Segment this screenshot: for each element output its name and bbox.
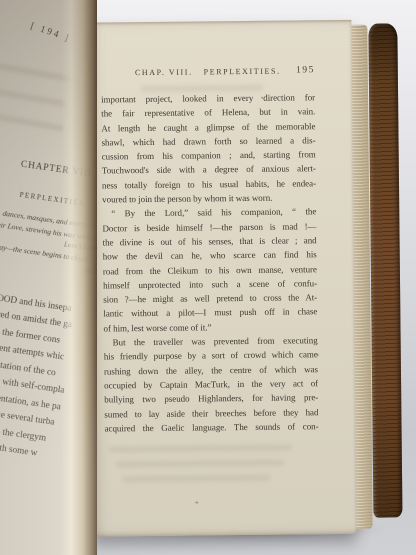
text-line: acquired the Gaelic language. The sounds… [104,419,318,436]
show-through-smudge [0,89,66,107]
text-column: CHAP. VIII. PERPLEXITIES. 195 important … [101,66,319,435]
paper-speck [195,501,198,503]
show-through-smudge [122,475,270,483]
left-page-number: [ 194 ] [30,21,72,44]
photo-backdrop: CHAP. VIII. PERPLEXITIES. 195 important … [0,0,416,555]
running-header-chapter: CHAP. VIII. [135,68,193,78]
running-header-title: PERPLEXITIES. [204,67,281,77]
show-through-smudge [110,445,292,453]
leather-cover [368,23,402,517]
right-page-unit: CHAP. VIII. PERPLEXITIES. 195 important … [85,19,402,540]
show-through-smudge [0,114,64,131]
text-line: bullying two pseudo Highlanders, for hav… [104,390,318,407]
chapter-heading: CHAPTER VIII. [0,156,97,184]
left-page-body: CHWOOD and his insepawandered on amidst … [0,287,97,468]
right-page: CHAP. VIII. PERPLEXITIES. 195 important … [85,20,356,537]
epigraph: vels, dances, masques, and merry houun f… [0,205,97,279]
show-through-smudge [116,460,284,468]
left-page-text-block: CHAPTER VIII. PERPLEXITIES. vels, dances… [0,150,97,468]
page-body: important project, looked in every direc… [101,90,319,435]
running-header: CHAP. VIII. PERPLEXITIES. 195 [101,66,315,77]
page-number: 195 [296,65,315,75]
left-page: [ 194 ] CHAPTER VIII. PERPLEXITIES. vels… [0,0,97,555]
text-line: lantic without a pilot—I must push off i… [103,305,317,322]
text-line: ness totally foreign to his usual habits… [102,176,316,193]
show-through-smudge [0,63,74,82]
text-line: how the devil can he, who scarce can fin… [103,248,317,265]
